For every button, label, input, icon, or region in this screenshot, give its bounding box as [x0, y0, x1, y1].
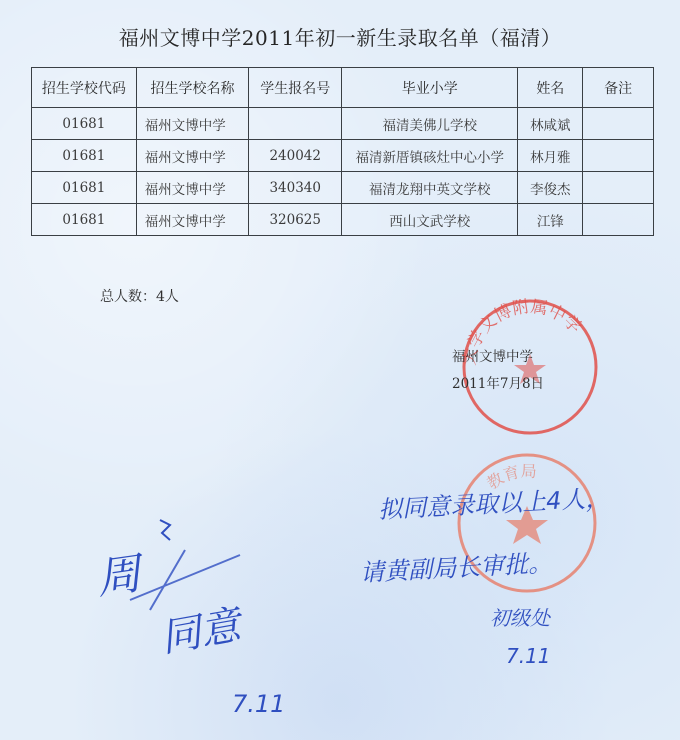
- cell-registration-no: 240042: [249, 140, 342, 172]
- cell-remarks: [583, 204, 654, 236]
- header-school-code: 招生学校代码: [32, 68, 137, 108]
- header-primary-school: 毕业小学: [342, 68, 518, 108]
- cell-primary-school: 福清新厝镇硋灶中心小学: [342, 140, 518, 172]
- table-row: 01681 福州文博中学 320625 西山文武学校 江锋: [32, 204, 654, 236]
- cell-registration-no: 340340: [249, 172, 342, 204]
- handwritten-date-right: 7.11: [506, 644, 551, 668]
- cell-school-code: 01681: [32, 108, 137, 140]
- cell-school-code: 01681: [32, 172, 137, 204]
- cell-school-name: 福州文博中学: [136, 172, 249, 204]
- handwritten-date-left: 7.11: [232, 690, 285, 718]
- table-row: 01681 福州文博中学 240042 福清新厝镇硋灶中心小学 林月雅: [32, 140, 654, 172]
- cell-school-code: 01681: [32, 204, 137, 236]
- total-count: 总人数：4人: [100, 286, 179, 306]
- table-header-row: 招生学校代码 招生学校名称 学生报名号 毕业小学 姓名 备注: [32, 68, 654, 108]
- cell-primary-school: 西山文武学校: [342, 204, 518, 236]
- table-row: 01681 福州文博中学 340340 福清龙翔中英文学校 李俊杰: [32, 172, 654, 204]
- header-school-name: 招生学校名称: [136, 68, 249, 108]
- cell-student-name: 林咸斌: [518, 108, 583, 140]
- header-student-name: 姓名: [518, 68, 583, 108]
- cell-primary-school: 福清美佛儿学校: [342, 108, 518, 140]
- cell-school-name: 福州文博中学: [136, 204, 249, 236]
- handwritten-signature-right: 初级处: [490, 602, 550, 631]
- admission-table: 招生学校代码 招生学校名称 学生报名号 毕业小学 姓名 备注 01681 福州文…: [31, 67, 654, 236]
- cell-student-name: 李俊杰: [518, 172, 583, 204]
- cell-remarks: [583, 108, 654, 140]
- cell-school-name: 福州文博中学: [136, 140, 249, 172]
- header-registration-no: 学生报名号: [249, 68, 342, 108]
- cell-student-name: 江锋: [518, 204, 583, 236]
- table-row: 01681 福州文博中学 福清美佛儿学校 林咸斌: [32, 108, 654, 140]
- cell-registration-no: [249, 108, 342, 140]
- cell-primary-school: 福清龙翔中英文学校: [342, 172, 518, 204]
- signature-stroke-icon: [90, 500, 290, 660]
- school-seal-icon: 大学文博附属中学: [455, 292, 605, 442]
- cell-remarks: [583, 172, 654, 204]
- cell-registration-no: 320625: [249, 204, 342, 236]
- cell-student-name: 林月雅: [518, 140, 583, 172]
- header-remarks: 备注: [583, 68, 654, 108]
- issuer-name: 福州文博中学: [452, 345, 533, 365]
- cell-school-code: 01681: [32, 140, 137, 172]
- issue-date: 2011年7月8日: [452, 372, 544, 392]
- cell-remarks: [583, 140, 654, 172]
- document-title: 福州文博中学2011年初一新生录取名单（福清）: [0, 22, 680, 51]
- cell-school-name: 福州文博中学: [136, 108, 249, 140]
